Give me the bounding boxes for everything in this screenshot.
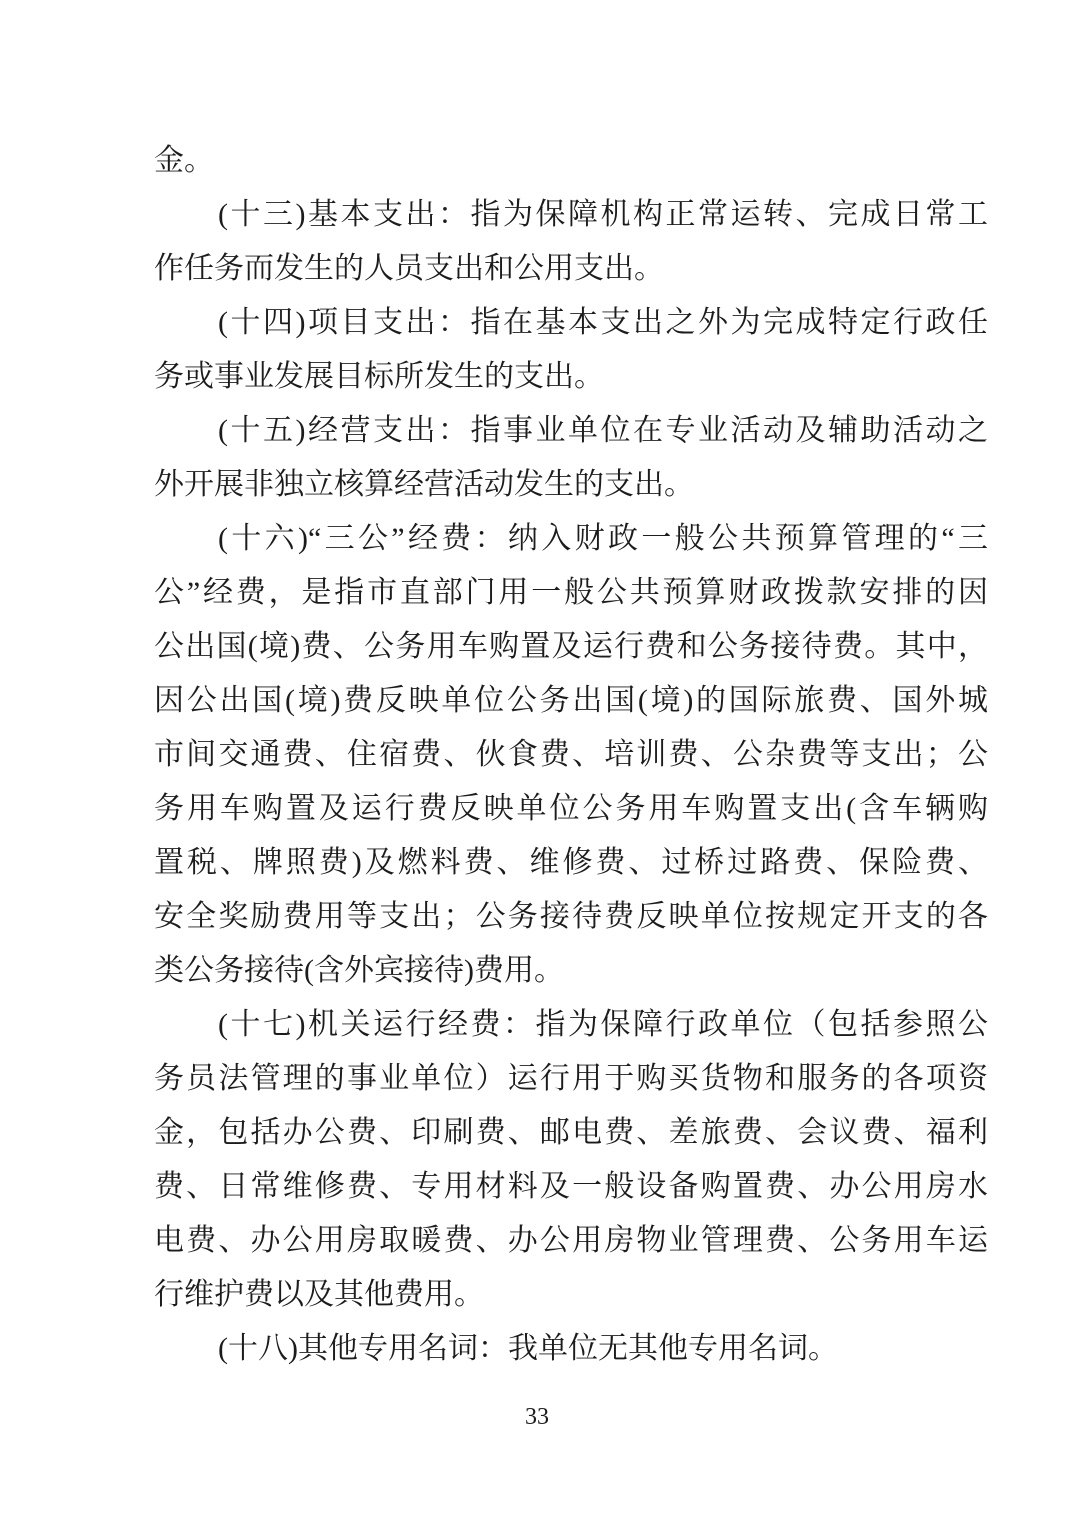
text-line: 公”经费，是指市直部门用一般公共预算财政拨款安排的因 (154, 566, 988, 620)
document-page: 金。(十三)基本支出：指为保障机构正常运转、完成日常工作任务而发生的人员支出和公… (0, 0, 1074, 1520)
text-line: 因公出国(境)费反映单位公务出国(境)的国际旅费、国外城 (154, 674, 988, 728)
text-line: 电费、办公用房取暖费、办公用房物业管理费、公务用车运 (154, 1214, 988, 1268)
paragraph: (十四)项目支出：指在基本支出之外为完成特定行政任务或事业发展目标所发生的支出。 (154, 296, 988, 404)
text-line: 务或事业发展目标所发生的支出。 (154, 350, 988, 404)
text-line: 外开展非独立核算经营活动发生的支出。 (154, 458, 988, 512)
text-line: 务员法管理的事业单位）运行用于购买货物和服务的各项资 (154, 1052, 988, 1106)
text-line: 行维护费以及其他费用。 (154, 1268, 988, 1322)
paragraph: (十三)基本支出：指为保障机构正常运转、完成日常工作任务而发生的人员支出和公用支… (154, 188, 988, 296)
text-line: 公出国(境)费、公务用车购置及运行费和公务接待费。其中， (154, 620, 988, 674)
text-line: 市间交通费、住宿费、伙食费、培训费、公杂费等支出；公 (154, 728, 988, 782)
text-body: 金。(十三)基本支出：指为保障机构正常运转、完成日常工作任务而发生的人员支出和公… (154, 134, 988, 1376)
text-line: (十八)其他专用名词：我单位无其他专用名词。 (154, 1322, 988, 1376)
paragraph: (十八)其他专用名词：我单位无其他专用名词。 (154, 1322, 988, 1376)
text-line: 类公务接待(含外宾接待)费用。 (154, 944, 988, 998)
text-line: (十六)“三公”经费：纳入财政一般公共预算管理的“三 (154, 512, 988, 566)
text-line: (十四)项目支出：指在基本支出之外为完成特定行政任 (154, 296, 988, 350)
paragraph: (十五)经营支出：指事业单位在专业活动及辅助活动之外开展非独立核算经营活动发生的… (154, 404, 988, 512)
paragraph: (十七)机关运行经费：指为保障行政单位（包括参照公务员法管理的事业单位）运行用于… (154, 998, 988, 1322)
paragraph: (十六)“三公”经费：纳入财政一般公共预算管理的“三公”经费，是指市直部门用一般… (154, 512, 988, 998)
text-line: 金。 (154, 134, 988, 188)
text-line: 务用车购置及运行费反映单位公务用车购置支出(含车辆购 (154, 782, 988, 836)
text-line: (十七)机关运行经费：指为保障行政单位（包括参照公 (154, 998, 988, 1052)
paragraph: 金。 (154, 134, 988, 188)
text-line: 金，包括办公费、印刷费、邮电费、差旅费、会议费、福利 (154, 1106, 988, 1160)
text-line: (十三)基本支出：指为保障机构正常运转、完成日常工 (154, 188, 988, 242)
text-line: 作任务而发生的人员支出和公用支出。 (154, 242, 988, 296)
text-line: (十五)经营支出：指事业单位在专业活动及辅助活动之 (154, 404, 988, 458)
text-line: 置税、牌照费)及燃料费、维修费、过桥过路费、保险费、 (154, 836, 988, 890)
page-number: 33 (0, 1402, 1074, 1432)
text-line: 费、日常维修费、专用材料及一般设备购置费、办公用房水 (154, 1160, 988, 1214)
text-line: 安全奖励费用等支出；公务接待费反映单位按规定开支的各 (154, 890, 988, 944)
